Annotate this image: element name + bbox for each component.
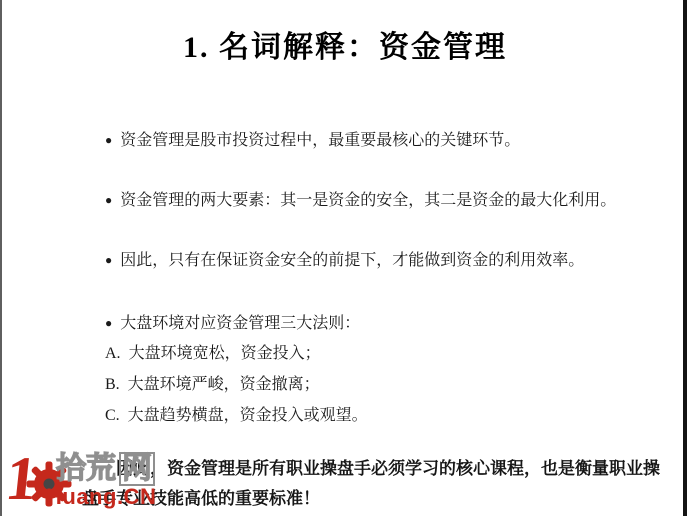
bullet-point: ●资金管理的两大要素：其一是资金的安全，其二是资金的最大化利用。: [105, 189, 665, 212]
slide-title: 1. 名词解释：资金管理: [0, 22, 690, 66]
bullet-icon: ●: [105, 253, 112, 267]
watermark-site-boxed-char: 网: [119, 452, 155, 486]
presentation-slide: 1. 名词解释：资金管理 ●资金管理是股市投资过程中，最重要最核心的关键环节。 …: [0, 0, 690, 516]
rule-letter: A.: [105, 345, 121, 362]
bullet-icon: ●: [105, 316, 112, 330]
rule-item-b: B.大盘环境严峻，资金撤离；: [105, 374, 665, 396]
bullet-text: 大盘环境对应资金管理三大法则：: [120, 315, 360, 332]
left-border: [0, 0, 2, 516]
watermark-site-name: 拾荒网: [56, 452, 155, 486]
rule-item-c: C.大盘趋势横盘，资金投入或观望。: [105, 405, 665, 427]
watermark-site-text: 拾荒: [56, 452, 116, 485]
bullet-point: ●大盘环境对应资金管理三大法则：: [105, 312, 665, 335]
rule-text: 大盘环境宽松，资金投入；: [129, 345, 321, 362]
rule-item-a: A.大盘环境宽松，资金投入；: [105, 343, 665, 365]
watermark-logo: 1 拾荒网 Huang.CN: [0, 450, 200, 516]
bullet-point: ●因此，只有在保证资金安全的前提下，才能做到资金的利用效率。: [105, 249, 665, 272]
bullet-text: 因此，只有在保证资金安全的前提下，才能做到资金的利用效率。: [120, 252, 584, 269]
watermark-domain: Huang.CN: [46, 484, 156, 510]
rule-text: 大盘趋势横盘，资金投入或观望。: [128, 407, 368, 424]
rule-letter: C.: [105, 407, 120, 424]
rule-text: 大盘环境严峻，资金撤离；: [128, 376, 320, 393]
watermark-number: 1: [3, 448, 41, 510]
right-border: [683, 0, 687, 516]
bullet-icon: ●: [105, 193, 112, 207]
bullet-point: ●资金管理是股市投资过程中，最重要最核心的关键环节。: [105, 129, 665, 152]
bullet-text: 资金管理是股市投资过程中，最重要最核心的关键环节。: [120, 132, 520, 149]
rule-letter: B.: [105, 376, 120, 393]
bullet-text: 资金管理的两大要素：其一是资金的安全，其二是资金的最大化利用。: [120, 192, 616, 209]
bullet-icon: ●: [105, 133, 112, 147]
